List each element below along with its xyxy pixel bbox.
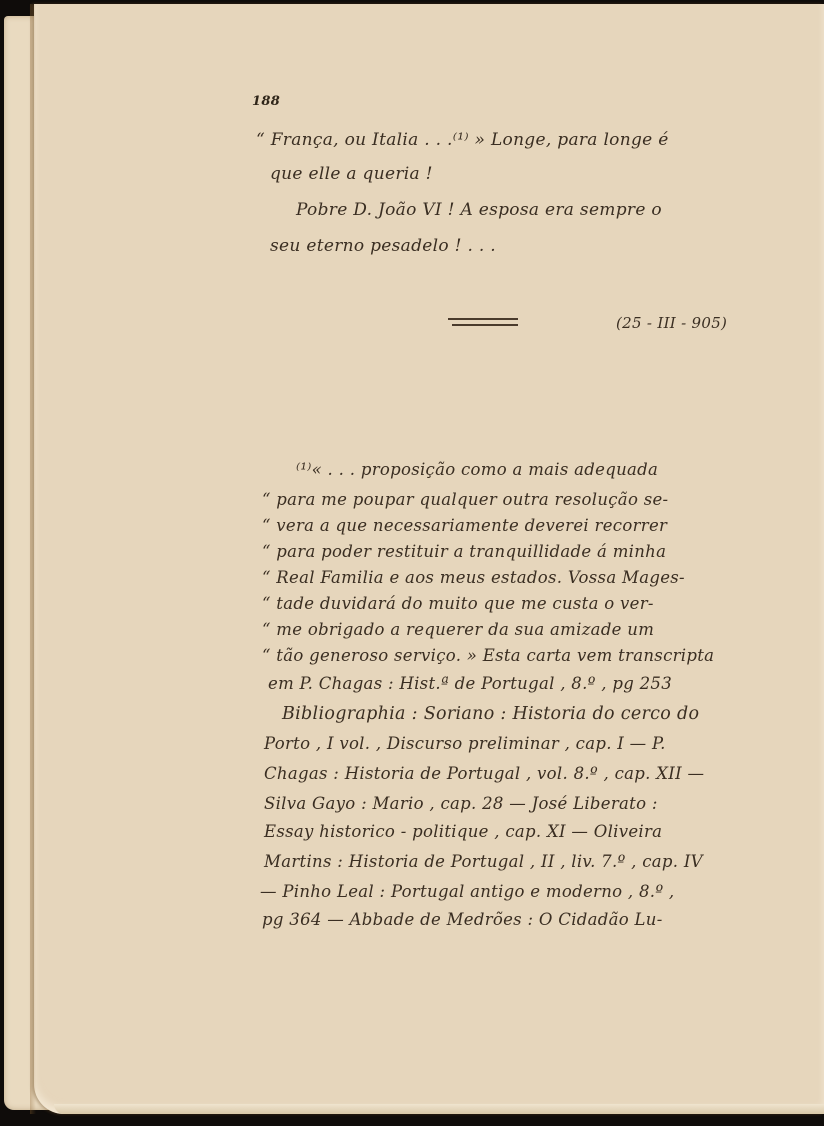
double-rule-bottom — [452, 324, 518, 326]
footnote-line: “ vera a que necessariamente deverei rec… — [262, 516, 667, 535]
main-text-line: que elle a queria ! — [270, 164, 433, 184]
main-text-line: “ França, ou Italia . . .⁽¹⁾ » Longe, pa… — [256, 130, 669, 150]
bibliography-line: — Pinho Leal : Portugal antigo e moderno… — [260, 882, 674, 901]
bibliography-line: Martins : Historia de Portugal , II , li… — [264, 852, 703, 871]
footnote-line: “ Real Familia e aos meus estados. Vossa… — [262, 568, 685, 587]
footnote-line: “ me obrigado a requerer da sua amizade … — [262, 620, 654, 639]
footnote-line: “ tade duvidará do muito que me custa o … — [262, 594, 654, 613]
page-bottom-edge — [54, 1104, 824, 1114]
main-text-line: Pobre D. João VI ! A esposa era sempre o — [296, 200, 662, 220]
footnote-citation-line: em P. Chagas : Hist.ª de Portugal , 8.º … — [268, 674, 672, 693]
footnote-line: “ para poder restituir a tranquillidade … — [262, 542, 666, 561]
bibliography-line: Porto , I vol. , Discurso preliminar , c… — [264, 734, 666, 753]
scanned-document: 188 “ França, ou Italia . . .⁽¹⁾ » Longe… — [0, 0, 824, 1126]
footnote-line: “ para me poupar qualquer outra resoluçã… — [262, 490, 668, 509]
bibliography-line: pg 364 — Abbade de Medrões : O Cidadão L… — [262, 910, 663, 929]
double-rule-top — [448, 318, 518, 320]
page-number: 188 — [252, 94, 280, 109]
footnote-line: “ tão generoso serviço. » Esta carta vem… — [262, 646, 714, 665]
bibliography-line: Silva Gayo : Mario , cap. 28 — José Libe… — [264, 794, 658, 813]
bibliography-heading-line: Bibliographia : Soriano : Historia do ce… — [282, 704, 699, 724]
bibliography-line: Chagas : Historia de Portugal , vol. 8.º… — [264, 764, 704, 783]
date-stamp: (25 - III - 905) — [616, 314, 727, 332]
bibliography-line: Essay historico - politique , cap. XI — … — [264, 822, 662, 841]
footnote-line: ⁽¹⁾« . . . proposição como a mais adequa… — [296, 460, 658, 479]
main-text-line: seu eterno pesadelo ! . . . — [270, 236, 496, 256]
